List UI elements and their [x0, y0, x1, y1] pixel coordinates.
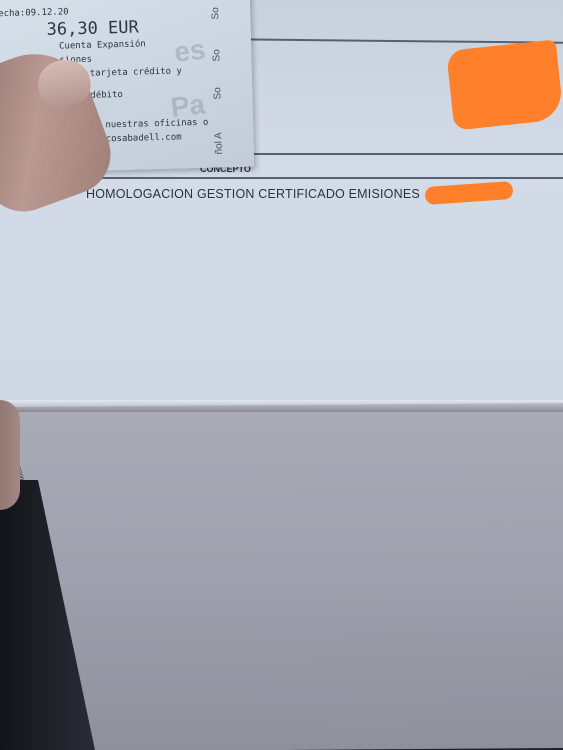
- receipt-line: tarjeta crédito y: [90, 66, 182, 78]
- form-rule-middle: [230, 153, 563, 155]
- concept-line: HOMOLOGACION GESTION CERTIFICADO EMISION…: [86, 187, 420, 201]
- receipt-side-mark: So: [211, 49, 222, 62]
- receipt-amount: 36,30 EUR: [46, 18, 139, 40]
- document-lower-half: [0, 403, 563, 750]
- redaction-mark-header: [446, 39, 563, 130]
- receipt-watermark: es: [173, 34, 208, 69]
- receipt-side-mark: So: [212, 87, 223, 100]
- receipt-side-mark: ñol A: [213, 132, 225, 155]
- receipt-date: echa:09.12.20: [0, 7, 69, 19]
- receipt-line: en nuestras oficinas o: [89, 118, 208, 131]
- finger-left-edge: [0, 400, 20, 510]
- form-rule-concept: [65, 177, 563, 179]
- receipt-side-mark: So: [210, 7, 221, 20]
- photo-scene: CONCEPTO HOMOLOGACION GESTION CERTIFICAD…: [0, 0, 563, 750]
- receipt-line: débito: [90, 90, 123, 101]
- receipt-line: Cuenta Expansión: [59, 39, 146, 51]
- paper-fold: [0, 400, 563, 412]
